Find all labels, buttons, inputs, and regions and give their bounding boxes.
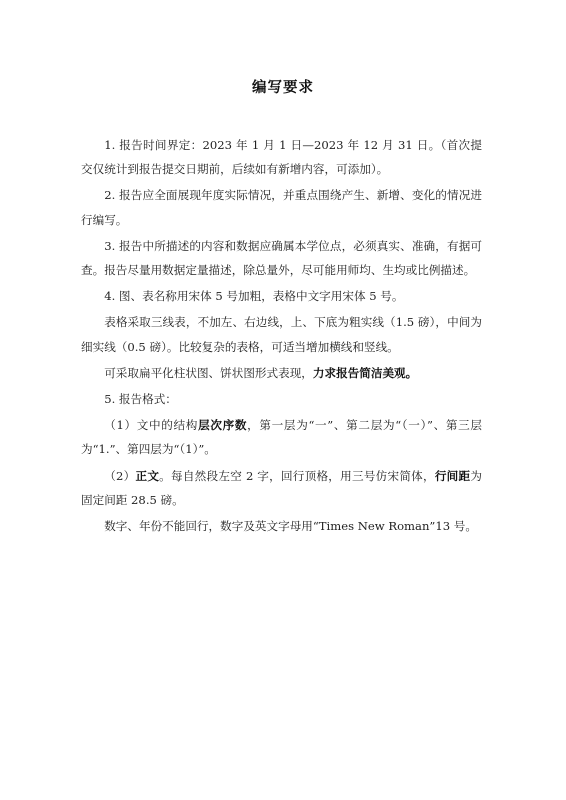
format-item-2-paragraph: （2）正文。每自然段左空 2 字，回行顶格，用三号仿宋简体，行间距为固定间距 2… xyxy=(81,464,482,512)
emphasis-text: 正文 xyxy=(135,469,159,483)
emphasis-text: 层次序数 xyxy=(198,418,247,432)
paragraph-text: （2） xyxy=(104,469,135,483)
requirement-paragraph-5: 5. 报告格式： xyxy=(81,387,482,411)
paragraph-text: 2. 报告应全面展现年度实际情况，并重点围绕产生、新增、变化的情况进行编写。 xyxy=(81,188,482,226)
requirement-paragraph-3: 3. 报告中所描述的内容和数据应确属本学位点，必须真实、准确，有据可查。报告尽量… xyxy=(81,234,482,282)
number-format-paragraph: 数字、年份不能回行，数字及英文字母用“Times New Roman”13 号。 xyxy=(81,514,482,538)
emphasis-text: 行间距 xyxy=(435,469,471,483)
paragraph-text: 可采取扁平化柱状图、饼状图形式表现， xyxy=(104,366,313,380)
requirement-paragraph-2: 2. 报告应全面展现年度实际情况，并重点围绕产生、新增、变化的情况进行编写。 xyxy=(81,183,482,231)
chart-style-paragraph: 可采取扁平化柱状图、饼状图形式表现，力求报告简洁美观。 xyxy=(81,361,482,385)
paragraph-text: 4. 图、表名称用宋体 5 号加粗，表格中文字用宋体 5 号。 xyxy=(104,289,403,303)
paragraph-text: 表格采取三线表，不加左、右边线，上、下底为粗实线（1.5 磅），中间为细实线（0… xyxy=(81,315,482,353)
table-style-paragraph: 表格采取三线表，不加左、右边线，上、下底为粗实线（1.5 磅），中间为细实线（0… xyxy=(81,310,482,358)
requirement-paragraph-4: 4. 图、表名称用宋体 5 号加粗，表格中文字用宋体 5 号。 xyxy=(81,284,482,308)
paragraph-text: 。每自然段左空 2 字，回行顶格，用三号仿宋简体， xyxy=(159,469,435,483)
document-page: 编写要求 1. 报告时间界定：2023 年 1 月 1 日—2023 年 12 … xyxy=(0,0,566,800)
paragraph-text: 数字、年份不能回行，数字及英文字母用“Times New Roman”13 号。 xyxy=(104,519,477,533)
format-item-1-paragraph: （1）文中的结构层次序数，第一层为“一”、第二层为“（一）”、第三层为“1.”、… xyxy=(81,413,482,461)
document-body: 1. 报告时间界定：2023 年 1 月 1 日—2023 年 12 月 31 … xyxy=(81,133,482,540)
paragraph-text: 1. 报告时间界定：2023 年 1 月 1 日—2023 年 12 月 31 … xyxy=(81,138,482,176)
paragraph-text: 5. 报告格式： xyxy=(104,392,177,406)
page-title: 编写要求 xyxy=(0,76,566,97)
paragraph-text: 3. 报告中所描述的内容和数据应确属本学位点，必须真实、准确，有据可查。报告尽量… xyxy=(81,239,482,277)
requirement-paragraph-1: 1. 报告时间界定：2023 年 1 月 1 日—2023 年 12 月 31 … xyxy=(81,133,482,181)
paragraph-text: （1）文中的结构 xyxy=(104,418,198,432)
emphasis-text: 力求报告简洁美观。 xyxy=(313,366,417,380)
